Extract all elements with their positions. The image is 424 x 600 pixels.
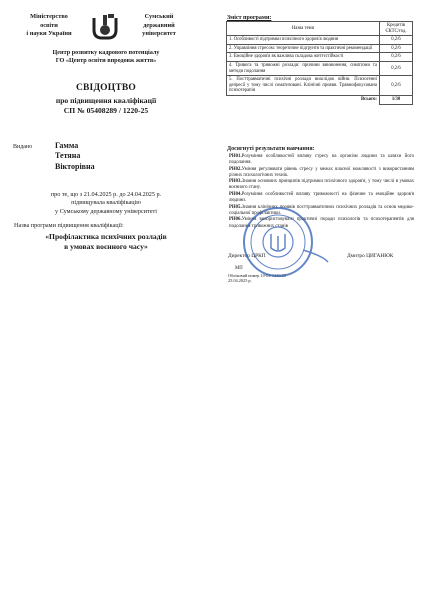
result-text: Розуміння особливостей впливу тривожност… (229, 192, 414, 203)
table-total-row: Всього: 1/30 (227, 95, 413, 104)
recipient-patronymic: Вікторівна (55, 162, 95, 172)
credits-cell: 0,2/6 (380, 76, 413, 96)
topic-cell: 5. Посттравматичні психічні розлади внас… (227, 76, 380, 96)
result-code: РН06. (229, 217, 242, 222)
learning-results-list: РН01.Розуміння особливостей впливу стрес… (229, 154, 414, 230)
director-label: Директор ЦРКП (228, 253, 266, 259)
credits-cell: 0,2/6 (380, 61, 413, 75)
director-name: Дмитро ЦИГАНЮК (347, 253, 393, 259)
credits-cell: 0,2/6 (380, 53, 413, 62)
result-code: РН01. (229, 154, 242, 159)
topic-cell: 2. Управління стресом: теоретичне підґру… (227, 44, 380, 53)
table-row: 4. Тривога та тривожні розлади: причини … (227, 61, 413, 75)
result-text: Уміння регулювати рівень стресу у межах … (229, 167, 414, 178)
recipient-first-name: Тетяна (55, 151, 95, 161)
result-code: РН05. (229, 205, 242, 210)
registration-info: Обліковий номер 10-04-1220/25 25.04.2025… (228, 273, 286, 283)
table-header-row: Назва теми Кредитів ЄКТС/год. (227, 22, 413, 36)
university-line: університет (128, 30, 190, 39)
program-name-line: «Профілактика психічних розладів (0, 232, 212, 242)
topic-cell: 3. Емоційне здоров'я як важлива складова… (227, 53, 380, 62)
result-code: РН04. (229, 192, 242, 197)
learning-result-item: РН03.Знання основних принципів підтримки… (229, 179, 414, 191)
result-text: Розуміння особливостей впливу стресу на … (229, 154, 414, 165)
topic-cell: 1. Особливості підтримки психічного здор… (227, 36, 380, 45)
center-line: Центр розвитку кадрового потенціалу (0, 49, 212, 57)
period-line: у Сумському державному університеті (0, 208, 212, 216)
total-value: 1/30 (380, 95, 413, 104)
university-emblem-icon (90, 12, 120, 42)
certificate-number: СП № 05408289 / 1220-25 (0, 106, 212, 115)
result-text: Уміння використовувати практичні поради … (229, 217, 414, 228)
credits-cell: 0,2/6 (380, 36, 413, 45)
ministry-line: і науки України (14, 30, 84, 39)
learning-result-item: РН01.Розуміння особливостей впливу стрес… (229, 154, 414, 166)
period-line: про те, що з 21.04.2025 р. до 24.04.2025… (0, 191, 212, 199)
table-row: 1. Особливості підтримки психічного здор… (227, 36, 413, 45)
issued-label: Видано (13, 144, 32, 150)
program-name: «Профілактика психічних розладів в умова… (0, 232, 212, 252)
learning-result-item: РН05.Знання клінічних проявів посттравма… (229, 205, 414, 217)
training-period: про те, що з 21.04.2025 р. до 24.04.2025… (0, 191, 212, 216)
program-topics-table: Назва теми Кредитів ЄКТС/год. 1. Особлив… (226, 21, 413, 105)
topic-cell: 4. Тривога та тривожні розлади: причини … (227, 61, 380, 75)
period-line: підвищувала кваліфікацію (0, 199, 212, 207)
total-label: Всього: (227, 95, 380, 104)
column-header-topic: Назва теми (227, 22, 380, 36)
table-row: 2. Управління стресом: теоретичне підґру… (227, 44, 413, 53)
learning-result-item: РН06.Уміння використовувати практичні по… (229, 217, 414, 229)
result-text: Знання основних принципів підтримки псих… (229, 179, 414, 190)
stamp-label: МП (235, 266, 243, 271)
result-text: Знання клінічних проявів посттравматични… (229, 205, 414, 216)
ministry-header: Міністерство освіти і науки України (14, 13, 84, 39)
recipient-name: Гамма Тетяна Вікторівна (55, 141, 95, 172)
certificate-front-page: Міністерство освіти і науки України Сумс… (0, 0, 212, 600)
certificate-subtitle: про підвищення кваліфікації (0, 96, 212, 105)
certificate-title: СВІДОЦТВО (0, 83, 212, 93)
table-row: 5. Посттравматичні психічні розлади внас… (227, 76, 413, 96)
result-code: РН03. (229, 179, 242, 184)
program-name-line: в умовах воєнного часу» (0, 242, 212, 252)
ministry-line: Міністерство (14, 13, 84, 22)
learning-results-title: Досягнуті результати навчання: (227, 146, 315, 152)
program-label: Назва програми підвищення кваліфікації: (14, 222, 124, 229)
learning-result-item: РН02.Уміння регулювати рівень стресу у м… (229, 167, 414, 179)
center-name: Центр розвитку кадрового потенціалу ГО «… (0, 49, 212, 66)
table-row: 3. Емоційне здоров'я як важлива складова… (227, 53, 413, 62)
learning-result-item: РН04.Розуміння особливостей впливу триво… (229, 192, 414, 204)
result-code: РН02. (229, 167, 242, 172)
recipient-surname: Гамма (55, 141, 95, 151)
university-header: Сумський державний університет (128, 13, 190, 39)
credits-cell: 0,2/6 (380, 44, 413, 53)
university-line: Сумський (128, 13, 190, 22)
ministry-line: освіти (14, 22, 84, 31)
column-header-credits: Кредитів ЄКТС/год. (380, 22, 413, 36)
center-line: ГО «Центр освіти впродовж життя» (0, 57, 212, 65)
university-line: державний (128, 22, 190, 31)
registration-date: 25.04.2025 р. (228, 278, 286, 283)
